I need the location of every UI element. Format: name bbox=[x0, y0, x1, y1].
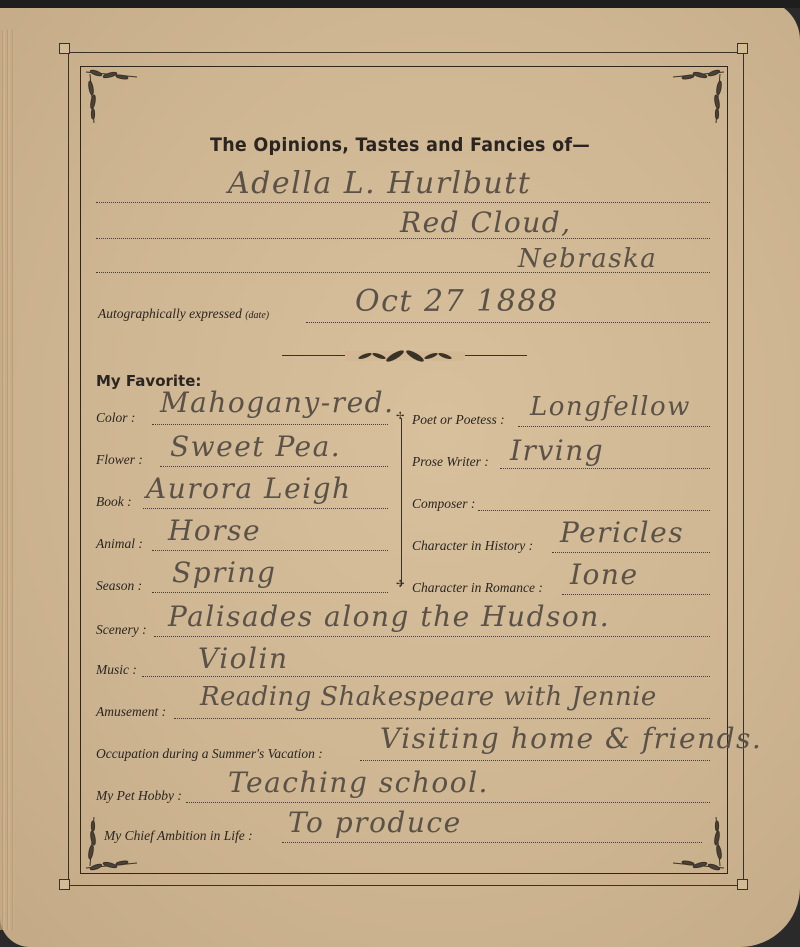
favorite-history-character-label: Character in History : bbox=[412, 538, 533, 554]
favorite-flower-value: Sweet Pea. bbox=[170, 430, 341, 463]
column-separator bbox=[401, 418, 402, 586]
summer-occupation-line bbox=[360, 760, 710, 761]
favorite-prose-writer-label: Prose Writer : bbox=[412, 454, 489, 470]
favorite-amusement-label: Amusement : bbox=[96, 704, 166, 720]
separator-tip-icon: ✢ bbox=[396, 412, 404, 422]
favorite-animal-label: Animal : bbox=[96, 536, 143, 552]
chief-ambition-line bbox=[282, 842, 702, 843]
favorite-poet-label: Poet or Poetess : bbox=[412, 412, 505, 428]
favorite-music-line bbox=[142, 676, 710, 677]
page-stack-edge bbox=[0, 30, 14, 930]
laurel-divider-icon bbox=[345, 347, 465, 365]
favorite-scenery-value: Palisades along the Hudson. bbox=[168, 600, 610, 633]
corner-box-icon bbox=[59, 879, 70, 890]
favorite-scenery-label: Scenery : bbox=[96, 622, 147, 638]
date-label: Autographically expressed (date) bbox=[98, 306, 269, 322]
date-value: Oct 27 1888 bbox=[355, 284, 559, 319]
favorite-music-label: Music : bbox=[96, 662, 137, 678]
favorite-season-label: Season : bbox=[96, 578, 142, 594]
pet-hobby-label: My Pet Hobby : bbox=[96, 788, 182, 804]
favorite-book-label: Book : bbox=[96, 494, 132, 510]
favorite-color-line bbox=[152, 424, 388, 425]
favorite-book-value: Aurora Leigh bbox=[146, 472, 352, 505]
favorite-season-value: Spring bbox=[172, 556, 276, 589]
favorite-flower-label: Flower : bbox=[96, 452, 143, 468]
favorite-flower-line bbox=[160, 466, 388, 467]
favorite-composer-label: Composer : bbox=[412, 496, 475, 512]
favorite-color-label: Color : bbox=[96, 410, 135, 426]
favorite-color-value: Mahogany-red. bbox=[160, 386, 394, 419]
favorite-romance-character-value: Ione bbox=[570, 558, 639, 591]
favorite-history-character-line bbox=[552, 552, 710, 553]
favorite-amusement-value: Reading Shakespeare with Jennie bbox=[200, 682, 657, 712]
chief-ambition-label: My Chief Ambition in Life : bbox=[104, 828, 253, 844]
favorite-animal-line bbox=[152, 550, 388, 551]
summer-occupation-value: Visiting home & friends. bbox=[380, 722, 762, 755]
favorite-romance-character-label: Character in Romance : bbox=[412, 580, 543, 596]
floral-corner-icon bbox=[668, 68, 728, 128]
corner-box-icon bbox=[59, 43, 70, 54]
corner-box-icon bbox=[737, 43, 748, 54]
album-page: The Opinions, Tastes and Fancies of— Ade… bbox=[0, 0, 800, 947]
floral-corner-icon bbox=[82, 68, 142, 128]
separator-tip-icon: ✢ bbox=[396, 580, 404, 590]
favorite-prose-writer-line bbox=[500, 468, 710, 469]
favorite-music-value: Violin bbox=[198, 642, 288, 675]
pet-hobby-value: Teaching school. bbox=[228, 766, 489, 799]
favorite-prose-writer-value: Irving bbox=[510, 434, 604, 467]
favorite-history-character-value: Pericles bbox=[560, 516, 684, 549]
page-title: The Opinions, Tastes and Fancies of— bbox=[32, 134, 768, 156]
owner-name: Adella L. Hurlbutt bbox=[228, 166, 531, 201]
book-binding-shadow bbox=[0, 0, 800, 8]
favorite-book-line bbox=[143, 508, 388, 509]
favorite-poet-value: Longfellow bbox=[530, 392, 691, 422]
owner-state: Nebraska bbox=[518, 244, 657, 274]
favorite-scenery-line bbox=[154, 636, 710, 637]
favorite-season-line bbox=[152, 592, 388, 593]
owner-city: Red Cloud, bbox=[400, 206, 572, 239]
corner-box-icon bbox=[737, 879, 748, 890]
favorite-animal-value: Horse bbox=[168, 514, 261, 547]
favorite-composer-line bbox=[478, 510, 710, 511]
date-line bbox=[306, 322, 710, 323]
pet-hobby-line bbox=[186, 802, 710, 803]
chief-ambition-value: To produce bbox=[288, 806, 462, 839]
name-line bbox=[96, 202, 710, 203]
favorite-romance-character-line bbox=[562, 594, 710, 595]
favorite-poet-line bbox=[518, 426, 710, 427]
summer-occupation-label: Occupation during a Summer's Vacation : bbox=[96, 746, 323, 762]
date-label-text: Autographically expressed bbox=[98, 306, 242, 321]
favorite-amusement-line bbox=[174, 718, 710, 719]
date-hint: (date) bbox=[245, 310, 269, 321]
